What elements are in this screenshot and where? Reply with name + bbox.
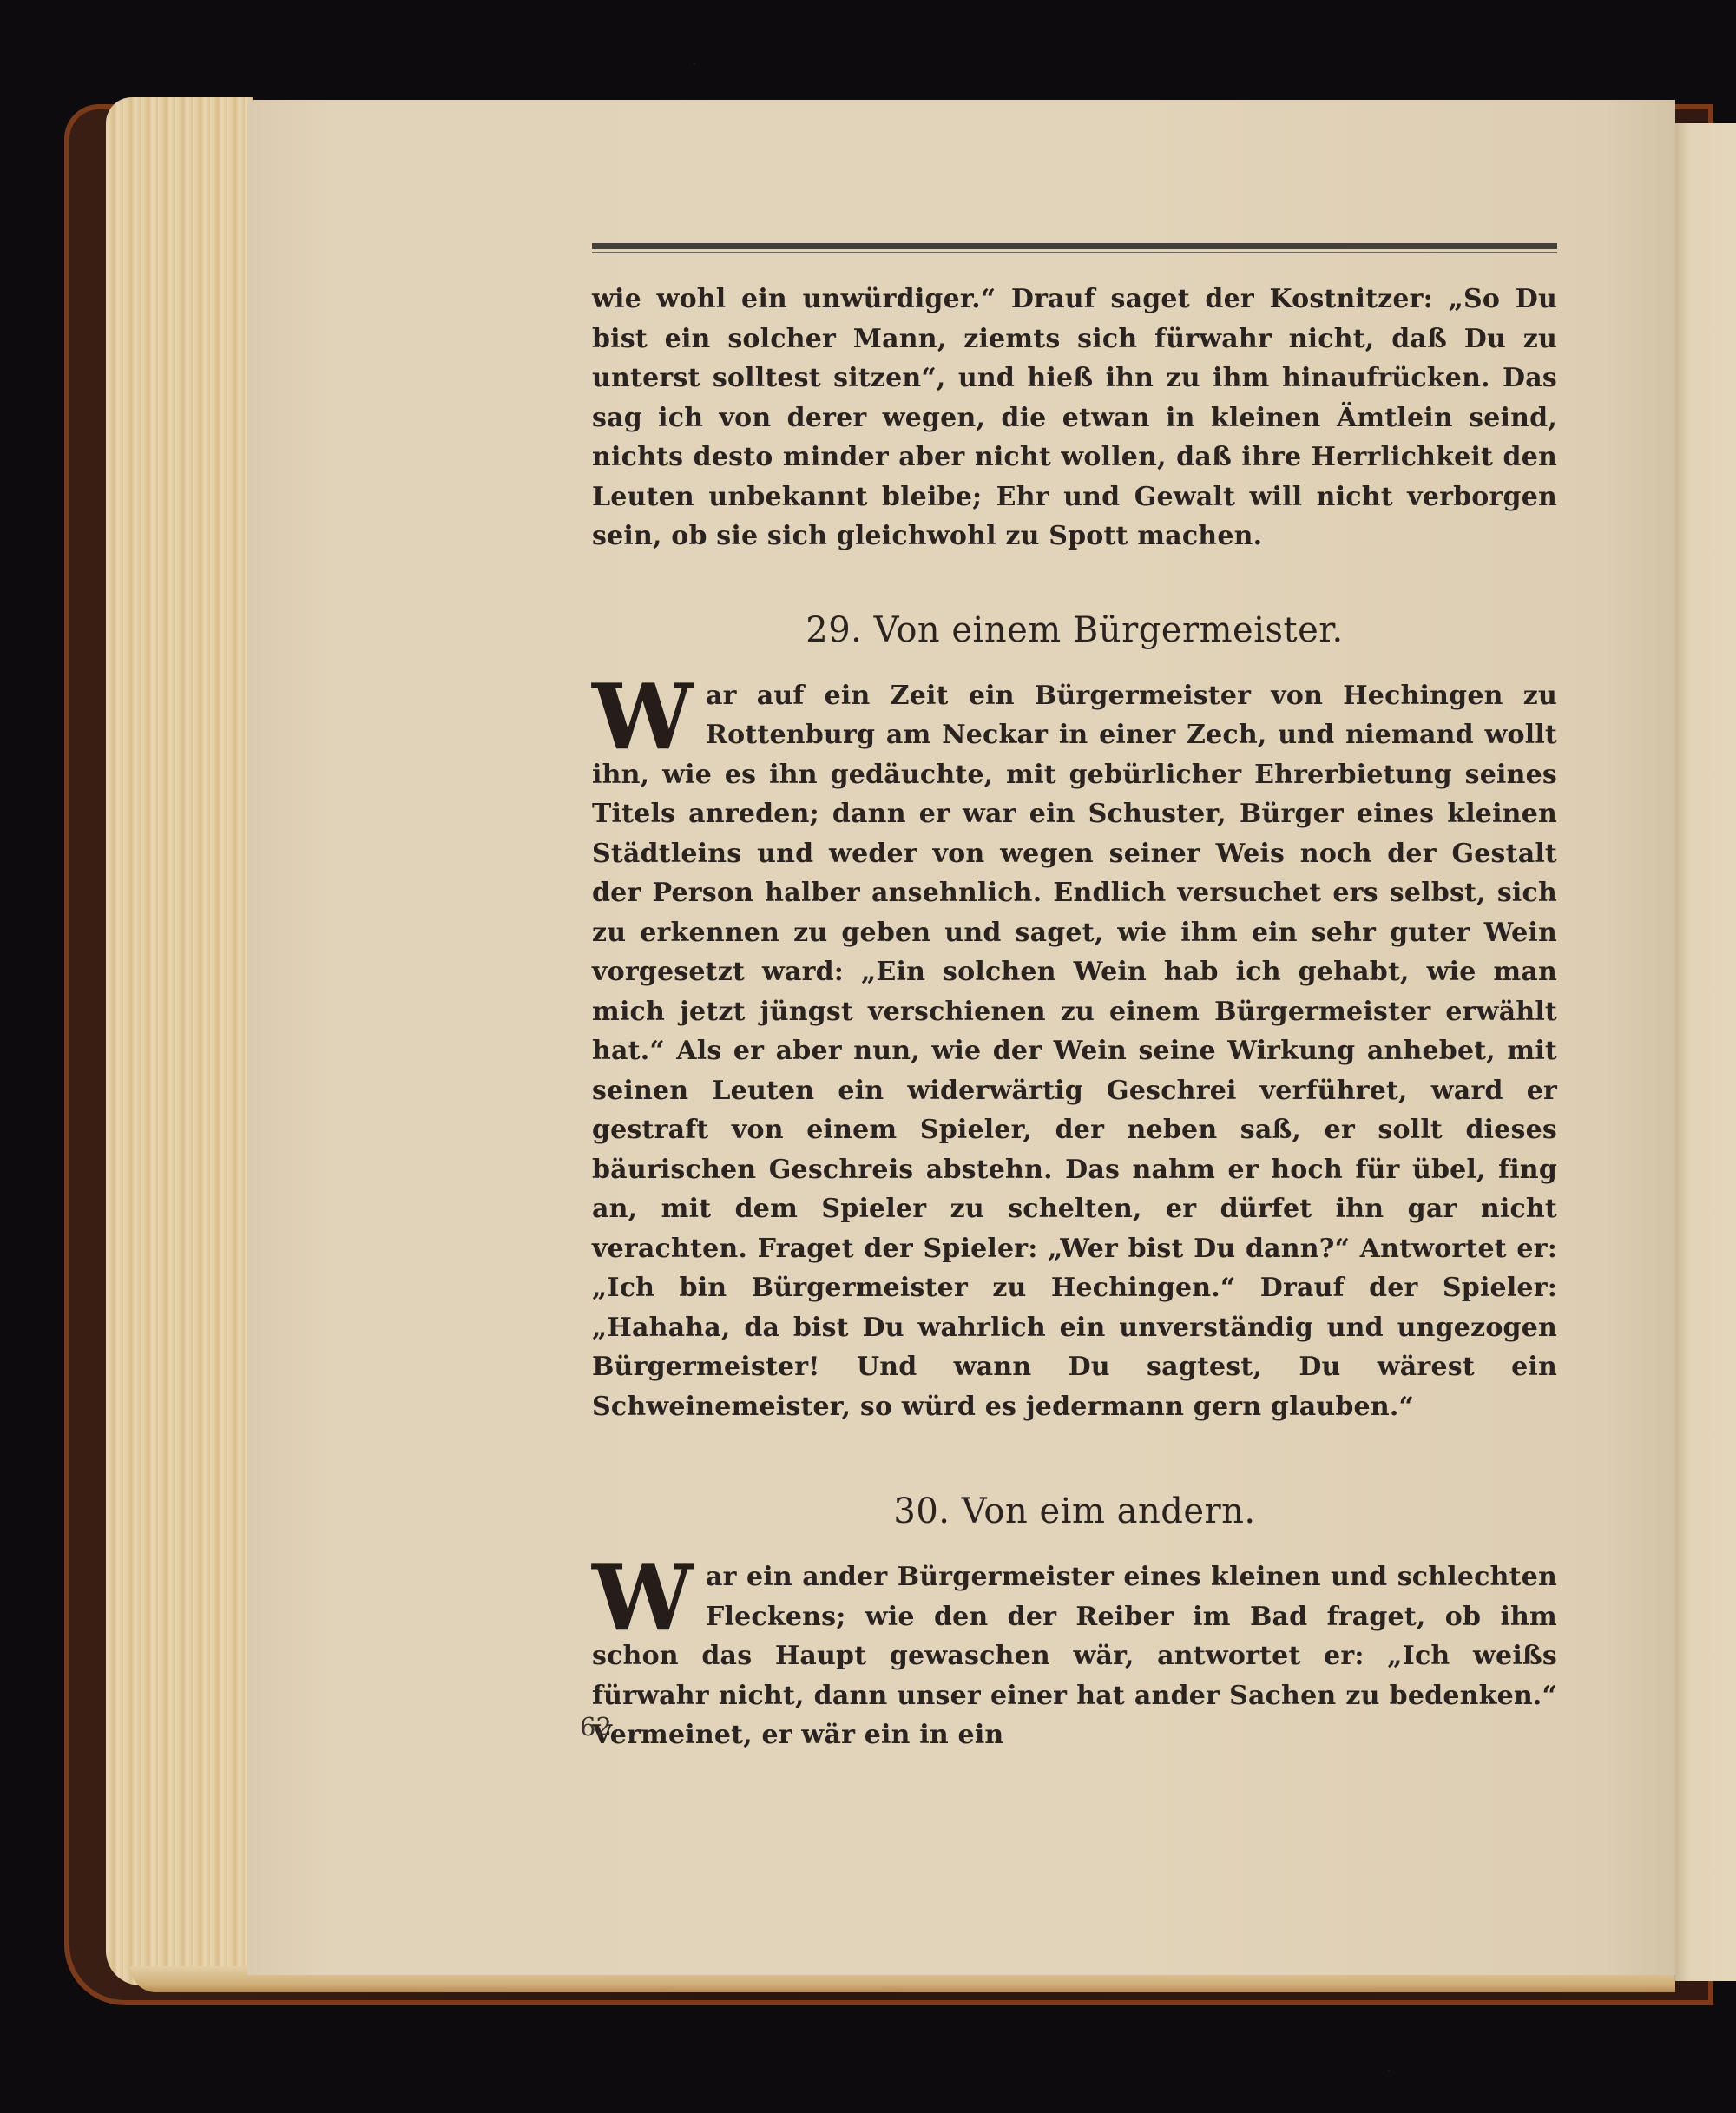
continuation-paragraph: wie wohl ein unwürdiger.“ Drauf saget de… <box>592 280 1557 556</box>
page-number: 62 <box>580 1712 612 1741</box>
page-content: wie wohl ein unwürdiger.“ Drauf saget de… <box>592 243 1557 1755</box>
dropcap-initial: W <box>592 1561 694 1636</box>
section-29-text: ar auf ein Zeit ein Bürgermeister von He… <box>592 681 1557 1422</box>
section-30-text: ar ein ander Bürgermeister eines kleinen… <box>592 1562 1557 1750</box>
page-edges-left <box>106 97 253 1985</box>
section-heading-30: 30. Von eim andern. <box>592 1491 1557 1531</box>
header-rule-thick <box>592 243 1557 249</box>
header-rule-thin <box>592 252 1557 253</box>
section-29-paragraph: War auf ein Zeit ein Bürgermeister von H… <box>592 676 1557 1427</box>
section-heading-29: 29. Von einem Bürgermeister. <box>592 610 1557 650</box>
dropcap-initial: W <box>592 680 694 754</box>
facing-page-edge <box>1674 123 1736 1981</box>
section-30-paragraph: War ein ander Bürgermeister eines kleine… <box>592 1557 1557 1755</box>
